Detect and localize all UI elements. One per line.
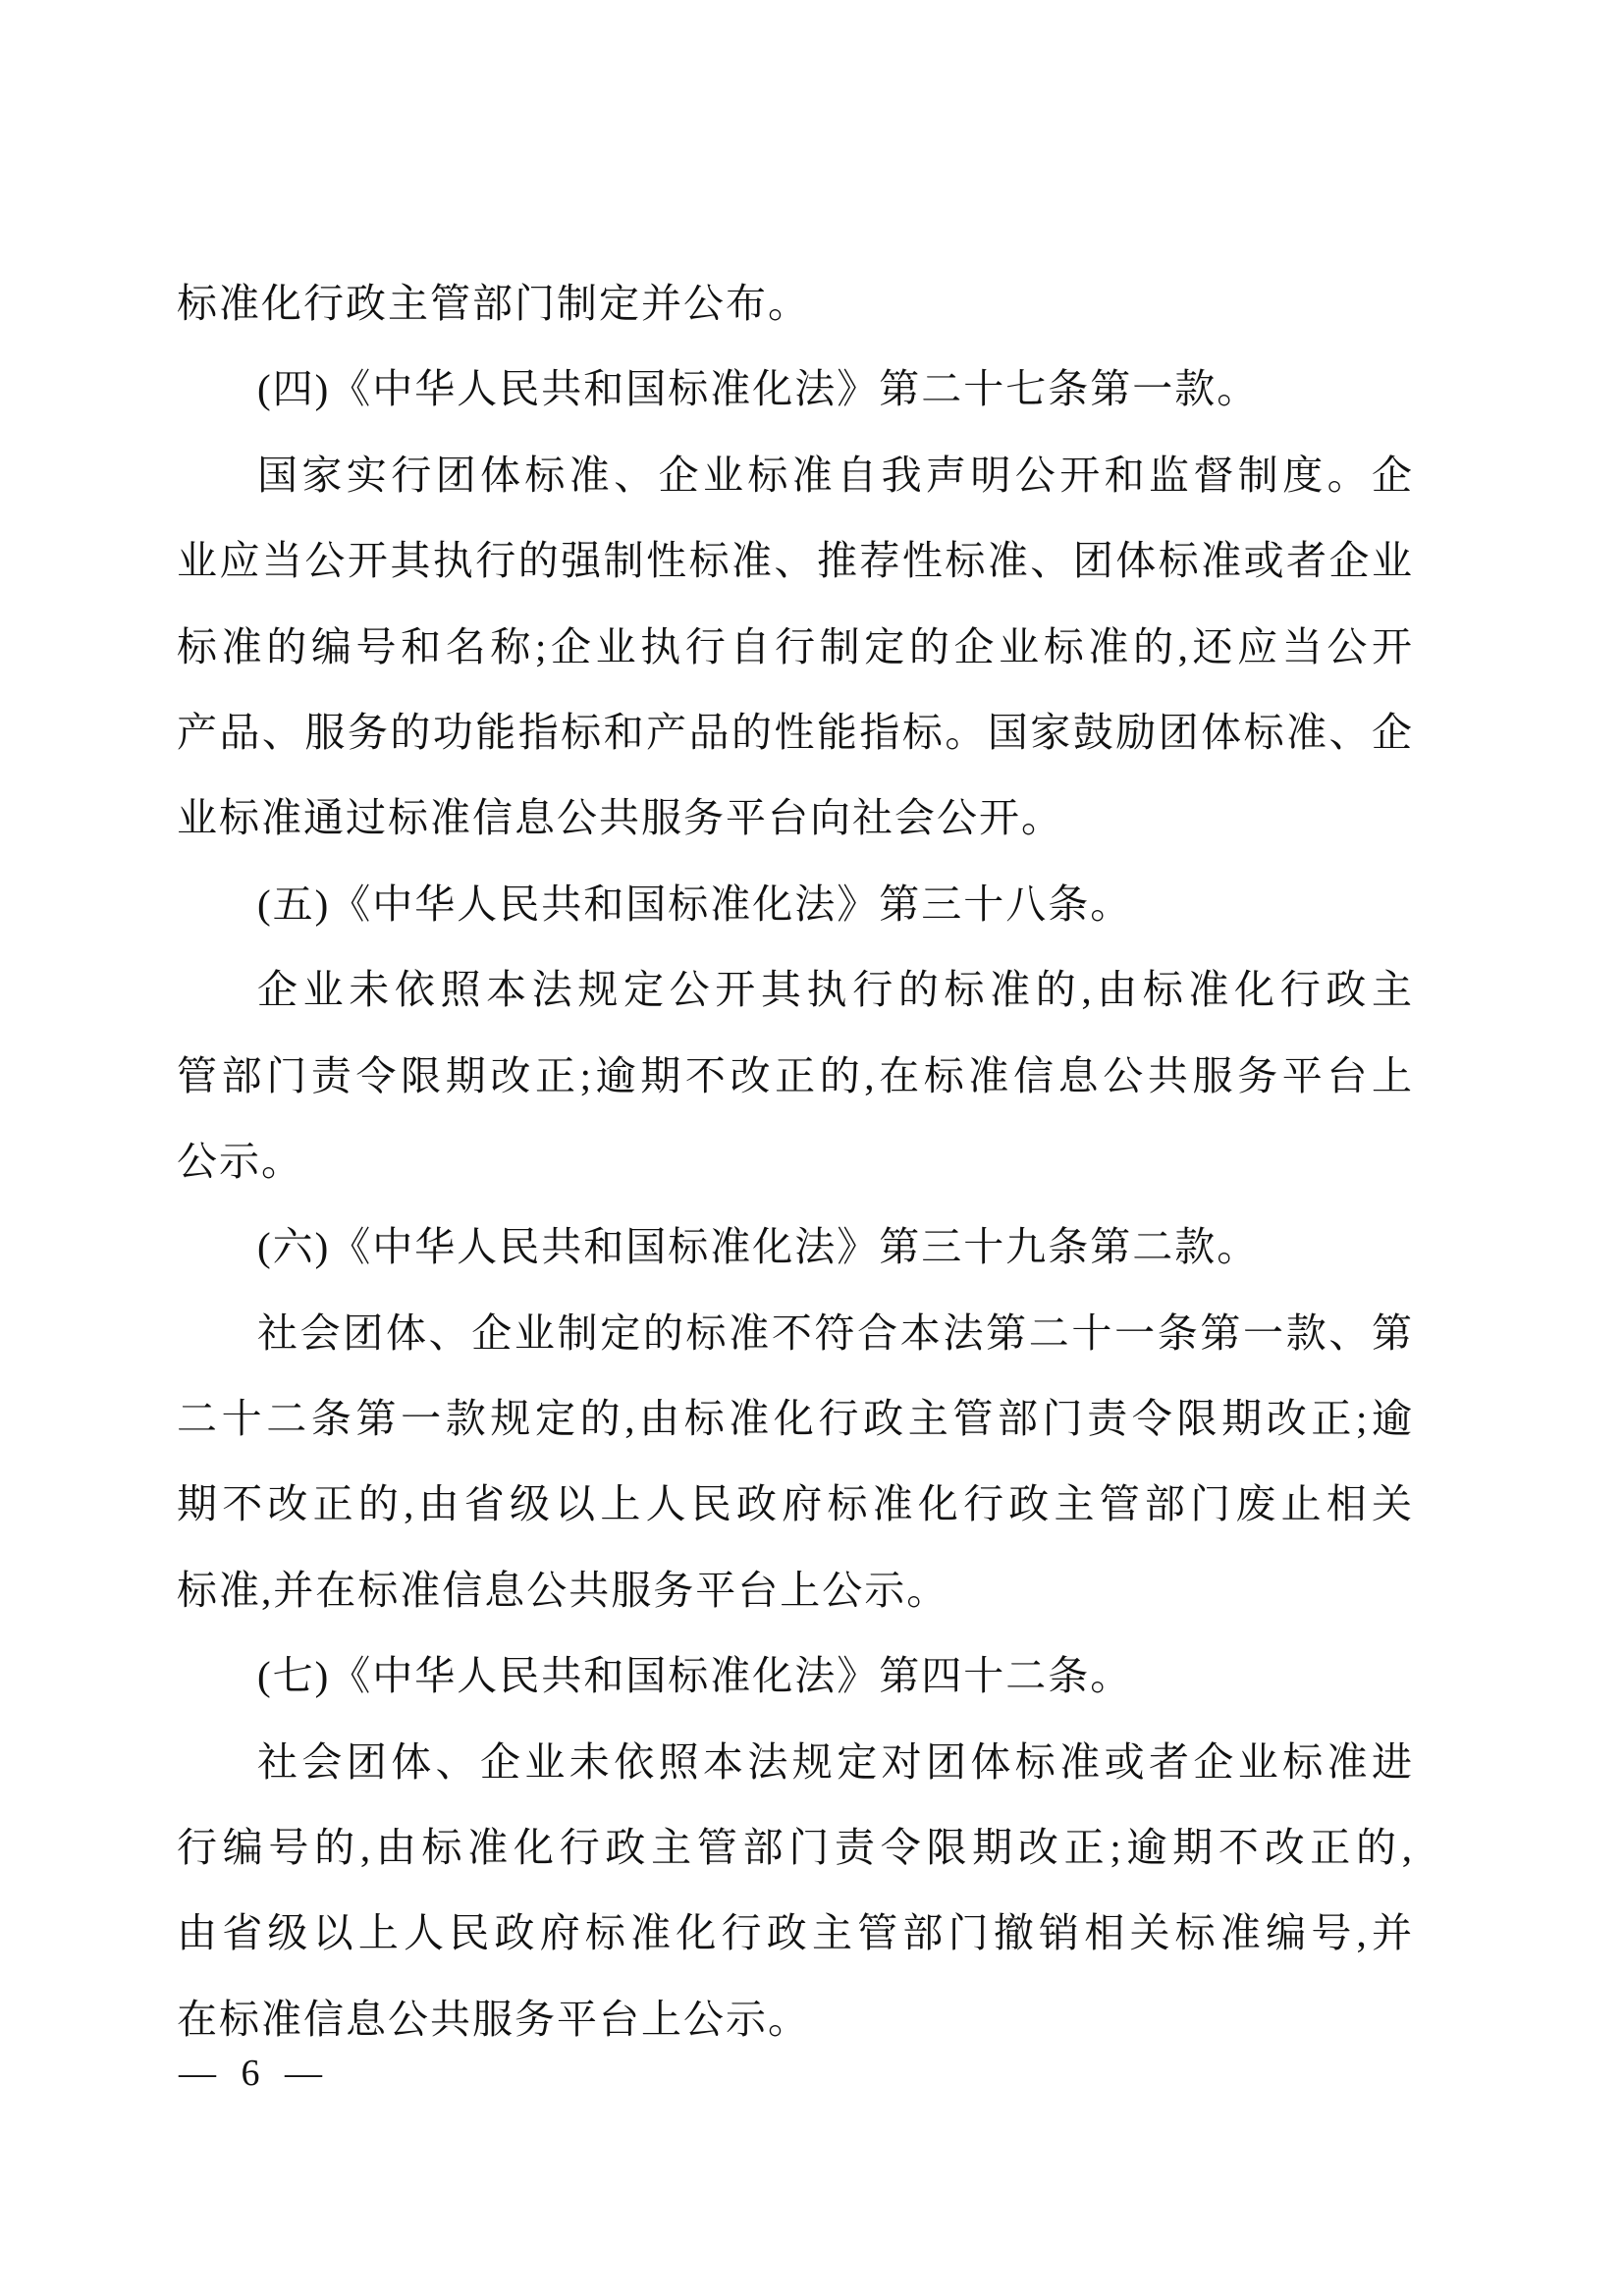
page-footer: — 6 — (179, 2044, 324, 2103)
text-line: 标准的编号和名称;企业执行自行制定的企业标准的,还应当公开 (177, 605, 1412, 690)
text-line: 企业未依照本法规定公开其执行的标准的,由标准化行政主 (177, 947, 1412, 1033)
text-line: 在标准信息公共服务平台上公示。 (177, 1977, 1412, 2062)
page-number: — 6 — (179, 2053, 324, 2094)
text-line: 公示。 (177, 1119, 1412, 1204)
text-line-heading: (五)《中华人民共和国标准化法》第三十八条。 (177, 862, 1412, 947)
text-line: 社会团体、企业未依照本法规定对团体标准或者企业标准进 (177, 1720, 1412, 1805)
text-line: 二十二条第一款规定的,由标准化行政主管部门责令限期改正;逾 (177, 1376, 1412, 1462)
text-line: 标准化行政主管部门制定并公布。 (177, 261, 1412, 347)
text-line: 标准,并在标准信息公共服务平台上公示。 (177, 1548, 1412, 1633)
text-line: 业标准通过标准信息公共服务平台向社会公开。 (177, 775, 1412, 861)
text-line-heading: (七)《中华人民共和国标准化法》第四十二条。 (177, 1633, 1412, 1719)
document-body: 标准化行政主管部门制定并公布。 (四)《中华人民共和国标准化法》第二十七条第一款… (177, 261, 1412, 2062)
text-line: 管部门责令限期改正;逾期不改正的,在标准信息公共服务平台上 (177, 1034, 1412, 1119)
text-line: 由省级以上人民政府标准化行政主管部门撤销相关标准编号,并 (177, 1891, 1412, 1976)
text-line-heading: (六)《中华人民共和国标准化法》第三十九条第二款。 (177, 1204, 1412, 1290)
text-line: 社会团体、企业制定的标准不符合本法第二十一条第一款、第 (177, 1291, 1412, 1376)
text-line: 期不改正的,由省级以上人民政府标准化行政主管部门废止相关 (177, 1462, 1412, 1547)
text-line: 产品、服务的功能指标和产品的性能指标。国家鼓励团体标准、企 (177, 690, 1412, 775)
text-line: 行编号的,由标准化行政主管部门责令限期改正;逾期不改正的, (177, 1805, 1412, 1891)
text-line: 业应当公开其执行的强制性标准、推荐性标准、团体标准或者企业 (177, 518, 1412, 604)
text-line-heading: (四)《中华人民共和国标准化法》第二十七条第一款。 (177, 347, 1412, 432)
text-line: 国家实行团体标准、企业标准自我声明公开和监督制度。企 (177, 433, 1412, 518)
document-page: 标准化行政主管部门制定并公布。 (四)《中华人民共和国标准化法》第二十七条第一款… (0, 0, 1624, 2296)
